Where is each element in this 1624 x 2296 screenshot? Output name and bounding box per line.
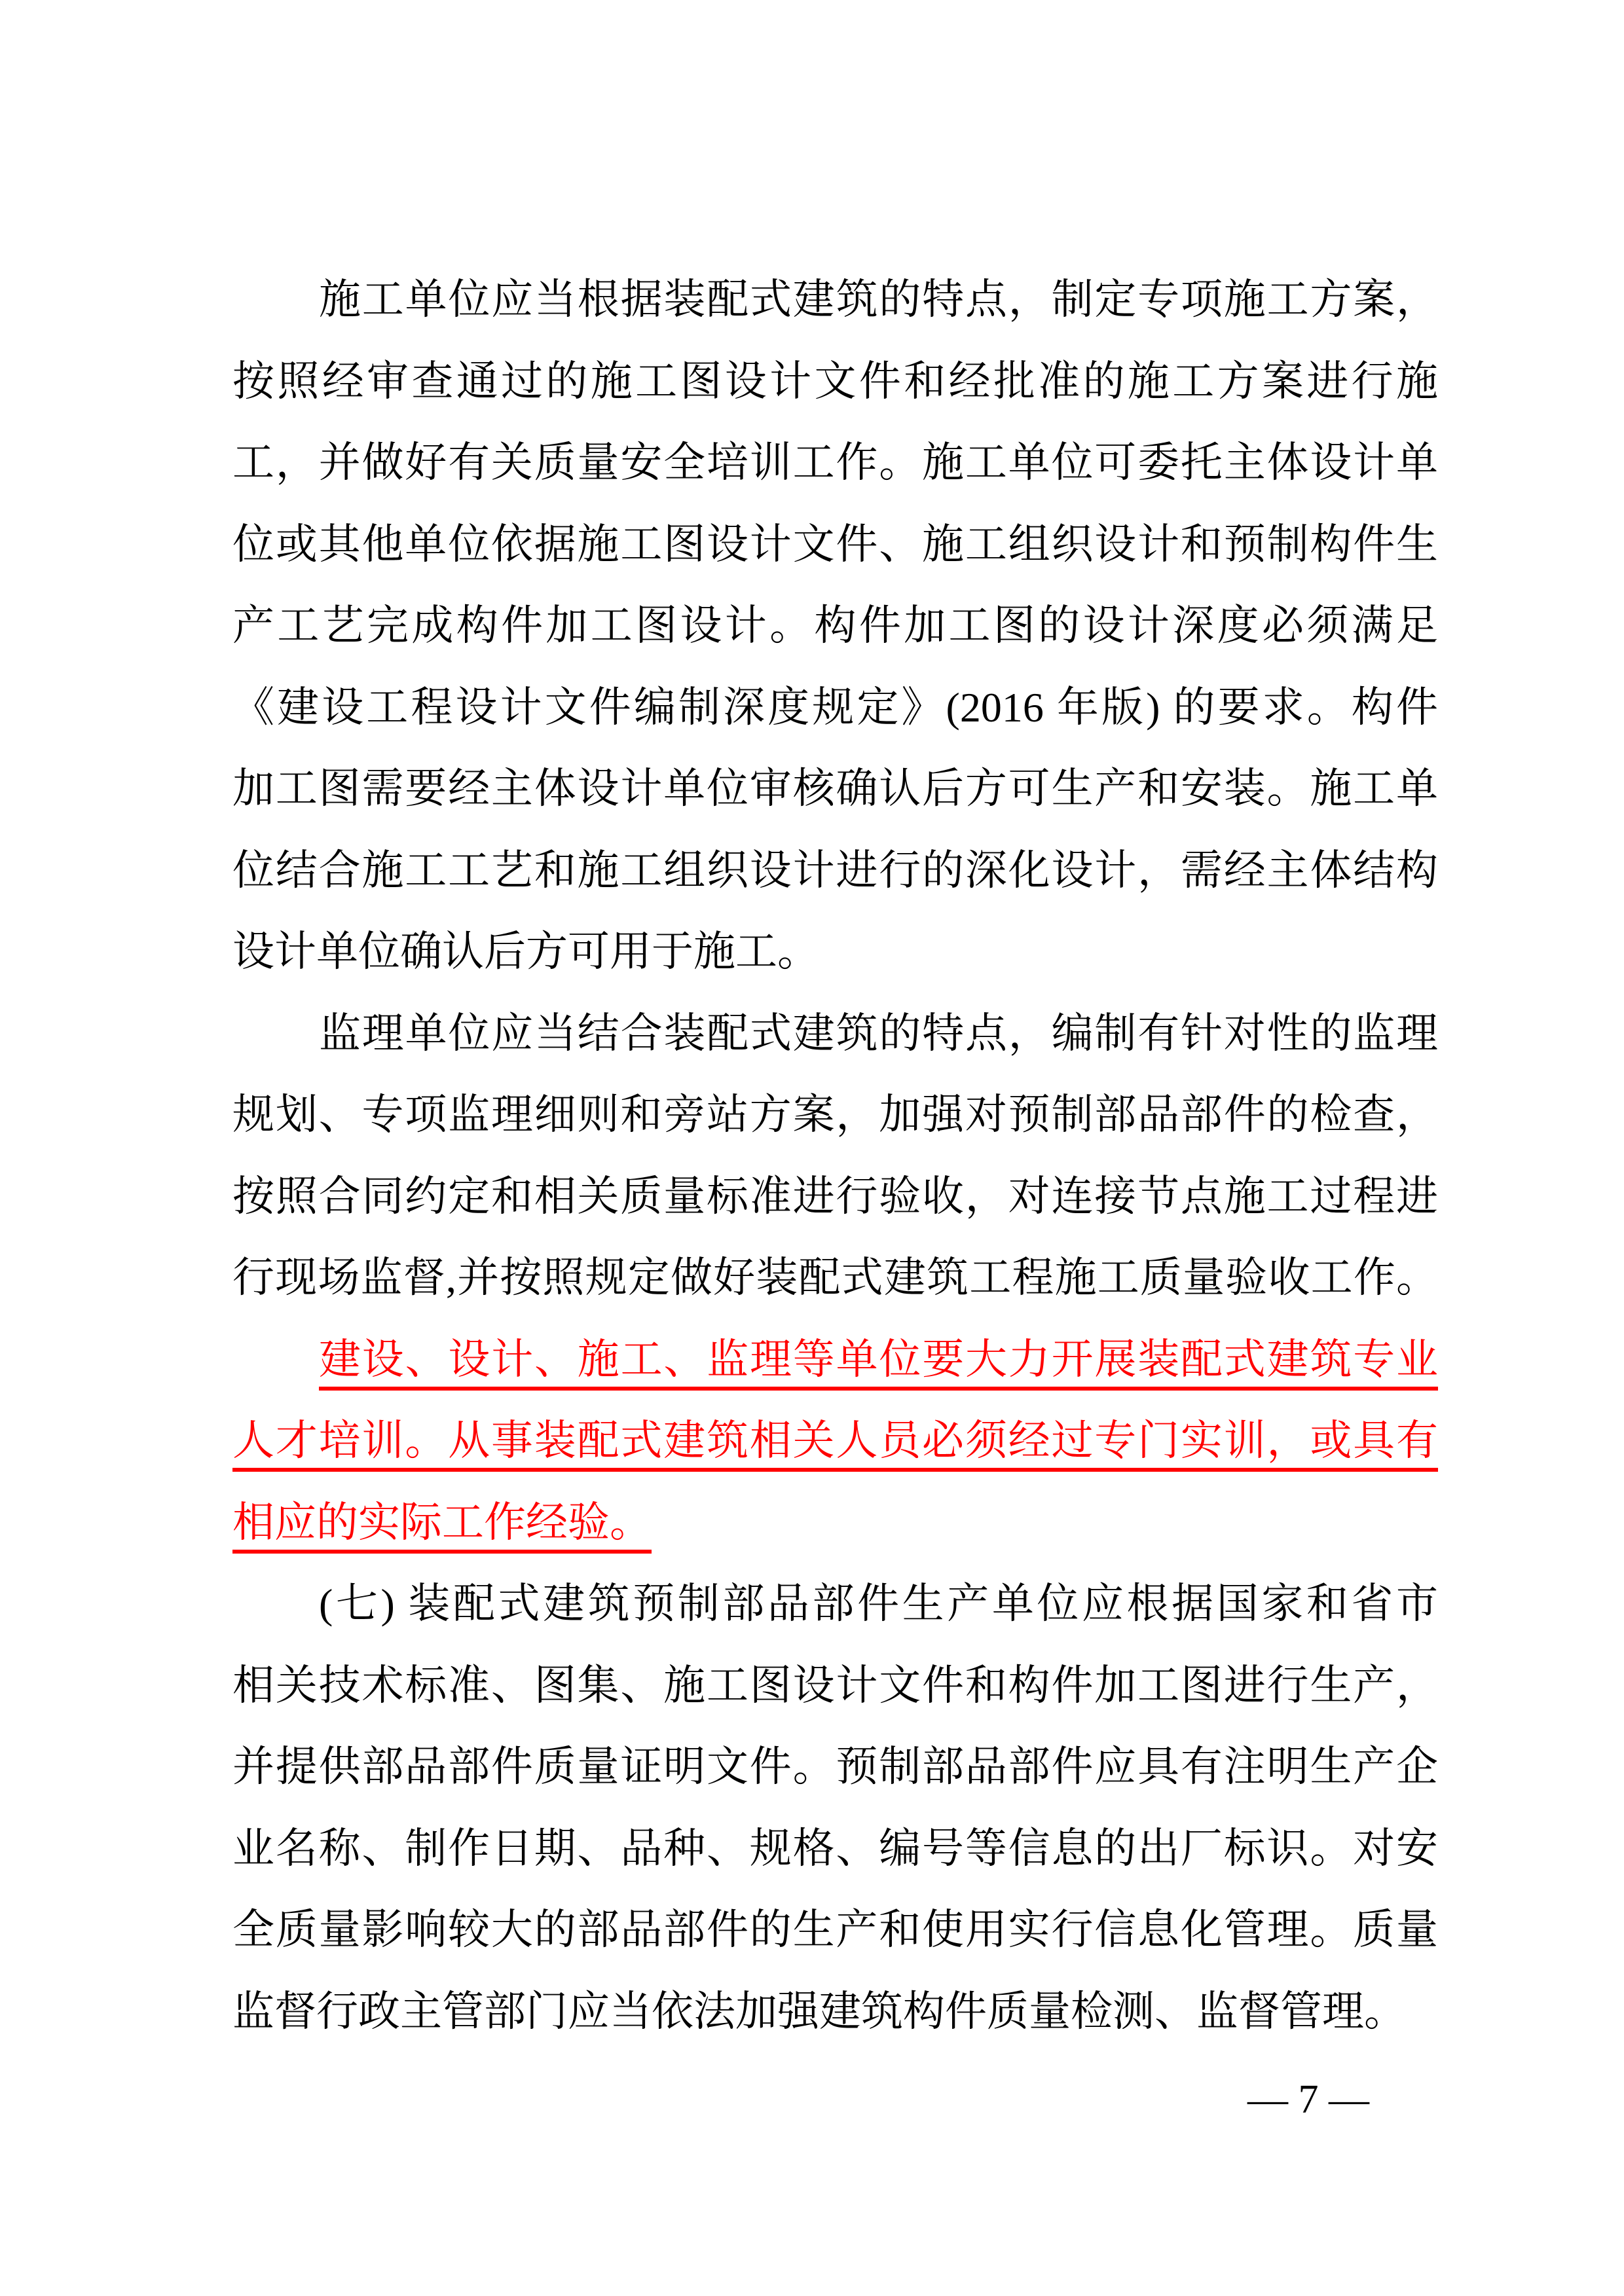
text-line: 相应的实际工作经验。 [232, 1482, 1438, 1564]
text-line: 《建设工程设计文件编制深度规定》(2016 年版) 的要求。构件 [232, 667, 1438, 749]
text-line: 位结合施工工艺和施工组织设计进行的深化设计，需经主体结构 [232, 830, 1438, 912]
text-line: 规划、专项监理细则和旁站方案，加强对预制部品部件的检查， [232, 1074, 1438, 1156]
paragraph: (七) 装配式建筑预制部品部件生产单位应根据国家和省市相关技术标准、图集、施工图… [232, 1563, 1438, 2052]
text-line: 监理单位应当结合装配式建筑的特点，编制有针对性的监理 [232, 993, 1438, 1075]
paragraph: 监理单位应当结合装配式建筑的特点，编制有针对性的监理规划、专项监理细则和旁站方案… [232, 993, 1438, 1319]
text-line: 业名称、制作日期、品种、规格、编号等信息的出厂标识。对安 [232, 1808, 1438, 1890]
text-line: (七) 装配式建筑预制部品部件生产单位应根据国家和省市 [232, 1563, 1438, 1645]
text-line: 人才培训。从事装配式建筑相关人员必须经过专门实训，或具有 [232, 1400, 1438, 1482]
text-line: 位或其他单位依据施工图设计文件、施工组织设计和预制构件生 [232, 504, 1438, 586]
text-line: 相关技术标准、图集、施工图设计文件和构件加工图进行生产， [232, 1645, 1438, 1727]
text-line: 监督行政主管部门应当依法加强建筑构件质量检测、监督管理。 [232, 1971, 1438, 2053]
page-number: — 7 — [1247, 2077, 1369, 2123]
document-body: 施工单位应当根据装配式建筑的特点，制定专项施工方案，按照经审查通过的施工图设计文… [232, 259, 1438, 2052]
paragraph: 施工单位应当根据装配式建筑的特点，制定专项施工方案，按照经审查通过的施工图设计文… [232, 259, 1438, 993]
text-line: 加工图需要经主体设计单位审核确认后方可生产和安装。施工单 [232, 748, 1438, 830]
text-line: 建设、设计、施工、监理等单位要大力开展装配式建筑专业 [232, 1319, 1438, 1401]
text-line: 施工单位应当根据装配式建筑的特点，制定专项施工方案， [232, 259, 1438, 341]
text-line: 按照合同约定和相关质量标准进行验收，对连接节点施工过程进 [232, 1156, 1438, 1238]
text-line: 行现场监督,并按照规定做好装配式建筑工程施工质量验收工作。 [232, 1237, 1438, 1319]
paragraph-red-highlight: 建设、设计、施工、监理等单位要大力开展装配式建筑专业人才培训。从事装配式建筑相关… [232, 1319, 1438, 1564]
text-line: 按照经审查通过的施工图设计文件和经批准的施工方案进行施 [232, 341, 1438, 423]
text-line: 全质量影响较大的部品部件的生产和使用实行信息化管理。质量 [232, 1889, 1438, 1971]
text-line: 工，并做好有关质量安全培训工作。施工单位可委托主体设计单 [232, 422, 1438, 504]
text-line: 设计单位确认后方可用于施工。 [232, 911, 1438, 993]
text-line: 并提供部品部件质量证明文件。预制部品部件应具有注明生产企 [232, 1726, 1438, 1808]
text-line: 产工艺完成构件加工图设计。构件加工图的设计深度必须满足 [232, 585, 1438, 667]
document-page: 施工单位应当根据装配式建筑的特点，制定专项施工方案，按照经审查通过的施工图设计文… [0, 0, 1624, 2296]
